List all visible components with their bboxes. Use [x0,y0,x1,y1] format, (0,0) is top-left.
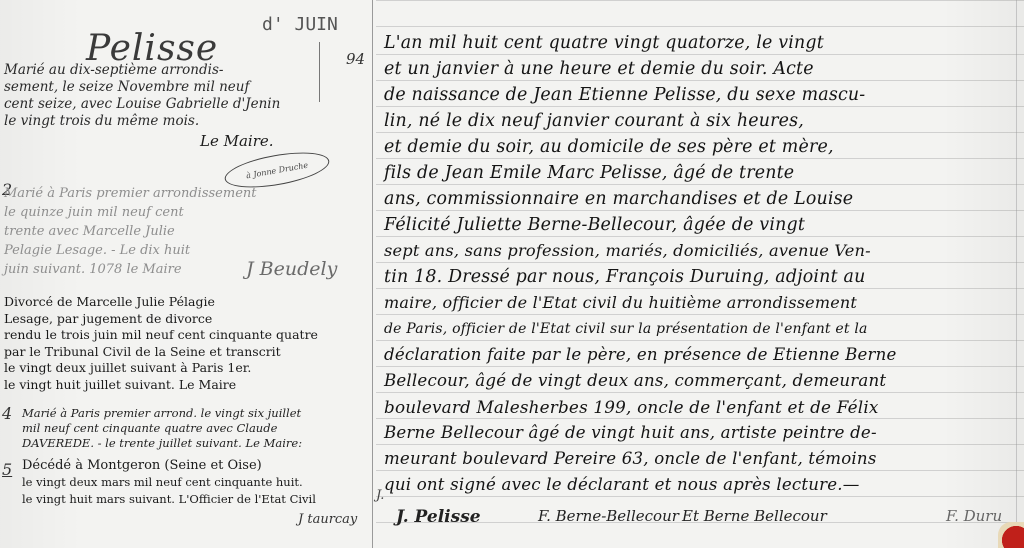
note-line: le quinze juin mil neuf cent [4,205,184,220]
signature-officer: F. Duru [946,507,1002,525]
note-line: Marié au dix-septième arrondis- [4,62,223,78]
margin-signature: J taurcay [298,512,357,527]
act-line: de Paris, officier de l'Etat civil sur l… [384,316,1020,342]
month-stamp: d' JUIN [262,14,338,35]
margin-note-marriage-1: Marié au dix-septième arrondis- sement, … [4,62,364,130]
note-line: Lesage, par jugement de divorce [4,311,212,326]
signature-witness: Et Berne Bellecour [682,507,827,525]
act-line: tin 18. Dressé par nous, François Duruin… [384,264,1020,290]
note-line: Divorcé de Marcelle Julie Pélagie [4,294,215,309]
act-line: Félicité Juliette Berne-Bellecour, âgée … [384,212,1020,238]
act-line: de naissance de Jean Etienne Pelisse, du… [384,82,1020,108]
note-line: Décédé à Montgeron (Seine et Oise) [22,458,262,473]
act-line: maire, officier de l'Etat civil du huiti… [384,290,1020,316]
act-line: ans, commissionnaire en marchandises et … [384,186,1020,212]
margin-divider [372,0,373,548]
note-line: DAVEREDE. - le trente juillet suivant. L… [22,436,302,450]
margin-annotations: Pelisse d' JUIN 94 Marié au dix-septième… [0,0,370,548]
act-line: meurant boulevard Pereire 63, oncle de l… [384,446,1020,472]
signature-mother: F. Berne-Bellecour [538,507,679,525]
note-line: Marié à Paris premier arrond. le vingt s… [22,406,301,420]
margin-note-death: Décédé à Montgeron (Seine et Oise) le vi… [22,458,316,508]
note-line: le vingt trois du même mois. [4,113,199,129]
mention-number: 5 [2,460,12,479]
act-line: L'an mil huit cent quatre vingt quatorze… [384,30,1020,56]
act-line: fils de Jean Emile Marc Pelisse, âgé de … [384,160,1020,186]
note-line: mil neuf cent cinquante quatre avec Clau… [22,421,277,435]
note-line: le vingt deux juillet suivant à Paris 1e… [4,360,251,375]
margin-note-marriage-2: Marié à Paris premier arrondissement le … [4,184,257,279]
note-line: le vingt huit juillet suivant. Le Maire [4,377,236,392]
note-line: par le Tribunal Civil de la Seine et tra… [4,344,281,359]
margin-note-marriage-3: Marié à Paris premier arrond. le vingt s… [22,406,302,451]
act-line: Berne Bellecour âgé de vingt huit ans, a… [384,420,1020,446]
scanned-register-page: Pelisse d' JUIN 94 Marié au dix-septième… [0,0,1024,548]
birth-act-text: L'an mil huit cent quatre vingt quatorze… [384,30,1020,498]
note-line: Marié à Paris premier arrondissement [4,186,257,201]
act-line: et demie du soir, au domicile de ses pèr… [384,134,1020,160]
margin-signature: J Beudely [246,258,337,280]
act-line: déclaration faite par le père, en présen… [384,342,1020,368]
mention-number: 4 [2,404,12,423]
signature-father: J. Pelisse [396,507,481,527]
closing-mark: J. [376,488,384,503]
act-line: sept ans, sans profession, mariés, domic… [384,238,1020,264]
note-line: rendu le trois juin mil neuf cent cinqua… [4,327,318,342]
note-line: le vingt deux mars mil neuf cent cinquan… [22,475,303,489]
note-closing: Le Maire. [200,132,274,150]
wax-seal-icon [998,522,1024,548]
note-line: le vingt huit mars suivant. L'Officier d… [22,492,316,506]
note-line: cent seize, avec Louise Gabrielle d'Jeni… [4,96,280,112]
act-line: lin, né le dix neuf janvier courant à si… [384,108,1020,134]
act-line: boulevard Malesherbes 199, oncle de l'en… [384,394,1020,420]
note-line: juin suivant. 1078 le Maire [4,262,182,277]
signature-row: J. Pelisse F. Berne-Bellecour Et Berne B… [386,507,1024,537]
margin-note-divorce: Divorcé de Marcelle Julie Pélagie Lesage… [4,294,318,393]
note-line: trente avec Marcelle Julie [4,224,175,239]
act-line: et un janvier à une heure et demie du so… [384,56,1020,82]
act-line: Bellecour, âgé de vingt deux ans, commer… [384,368,1020,394]
note-line: sement, le seize Novembre mil neuf [4,79,249,95]
note-line: Pelagie Lesage. - Le dix huit [4,243,190,258]
act-line: qui ont signé avec le déclarant et nous … [384,472,1020,498]
